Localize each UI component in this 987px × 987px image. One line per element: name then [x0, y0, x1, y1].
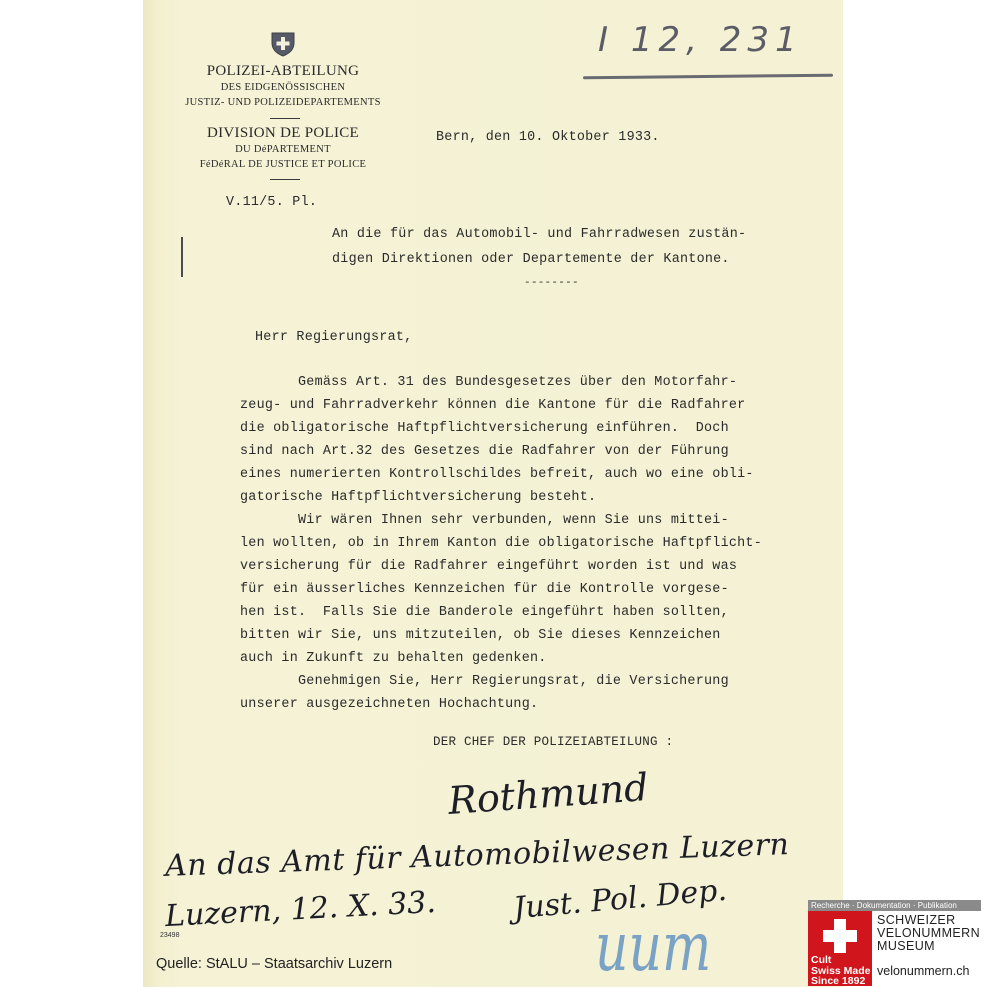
body-line: sind nach Art.32 des Gesetzes die Radfah… [240, 444, 729, 459]
body-line: Wir wären Ihnen sehr verbunden, wenn Sie… [240, 513, 729, 528]
body-line: Gemäss Art. 31 des Bundesgesetzes über d… [240, 375, 737, 390]
reference-number: V.11/5. Pl. [226, 195, 317, 210]
body-line: Genehmigen Sie, Herr Regierungsrat, die … [240, 674, 729, 689]
place-date: Bern, den 10. Oktober 1933. [436, 130, 660, 145]
letterhead-fr-line2: FéDéRAL DE JUSTICE ET POLICE [143, 159, 423, 170]
letterhead-de-line1: DES EIDGENÖSSISCHEN [143, 82, 423, 93]
logo-name-line3: MUSEUM [877, 940, 980, 953]
body-line: eines numerierten Kontrollschildes befre… [240, 467, 754, 482]
letterhead-fr-title: DIVISION DE POLICE [143, 125, 423, 142]
letter-page: I 12, 231 POLIZEI-ABTEILUNG DES EIDGENÖS… [143, 0, 843, 987]
closing: DER CHEF DER POLIZEIABTEILUNG : [433, 735, 673, 749]
form-number: 23498 [160, 932, 179, 939]
body-line: für ein äusserliches Kennzeichen für die… [240, 582, 729, 597]
addressee-divider: -------- [524, 277, 579, 289]
logo-red-line3: Since 1892 [811, 976, 871, 987]
addressee-line2: digen Direktionen oder Departemente der … [332, 252, 730, 267]
letterhead-de-line2: JUSTIZ- UND POLIZEIDEPARTEMENTS [143, 97, 423, 108]
body-line: hen ist. Falls Sie die Banderole eingefü… [240, 605, 729, 620]
body-line: die obligatorische Haftpflichtversicheru… [240, 421, 729, 436]
letterhead-divider [270, 118, 300, 119]
swiss-coat-of-arms-icon [270, 31, 296, 57]
logo-url-link[interactable]: velonummern.ch [877, 964, 969, 978]
letterhead-de-title: POLIZEI-ABTEILUNG [143, 63, 423, 80]
body-line: versicherung für die Radfahrer eingeführ… [240, 559, 737, 574]
blue-initials: uum [595, 909, 711, 987]
body-line: zeug- und Fahrradverkehr können die Kant… [240, 398, 745, 413]
swiss-cross-bar [823, 930, 857, 942]
logo-red-text: Cult Swiss Made Since 1892 [811, 955, 871, 987]
archive-number: I 12, 231 [598, 20, 803, 60]
salutation: Herr Regierungsrat, [255, 330, 412, 345]
body-line: unserer ausgezeichneten Hochachtung. [240, 697, 538, 712]
addressee-line1: An die für das Automobil- und Fahrradwes… [332, 227, 746, 242]
logo-red-block: Cult Swiss Made Since 1892 [808, 911, 872, 986]
letterhead-fr-line1: DU DéPARTEMENT [143, 144, 423, 155]
signature: Rothmund [447, 765, 650, 823]
logo-red-line1: Cult [811, 955, 871, 966]
body-line: len wollten, ob in Ihrem Kanton die obli… [240, 536, 762, 551]
margin-mark [181, 237, 183, 277]
body-line: auch in Zukunft zu behalten gedenken. [240, 651, 547, 666]
body-line: bitten wir Sie, uns mitzuteilen, ob Sie … [240, 628, 721, 643]
museum-logo[interactable]: Recherche · Dokumentation · Publikation … [808, 900, 980, 986]
logo-tagline: Recherche · Dokumentation · Publikation [808, 900, 981, 911]
logo-museum-name: SCHWEIZER VELONUMMERN MUSEUM [877, 914, 980, 953]
pencil-underline [583, 74, 833, 80]
handwritten-note-date: Luzern, 12. X. 33. [164, 885, 436, 934]
source-caption: Quelle: StALU – Staatsarchiv Luzern [156, 956, 392, 972]
body-line: gatorische Haftpflichtversicherung beste… [240, 490, 596, 505]
letterhead-divider [270, 179, 300, 180]
